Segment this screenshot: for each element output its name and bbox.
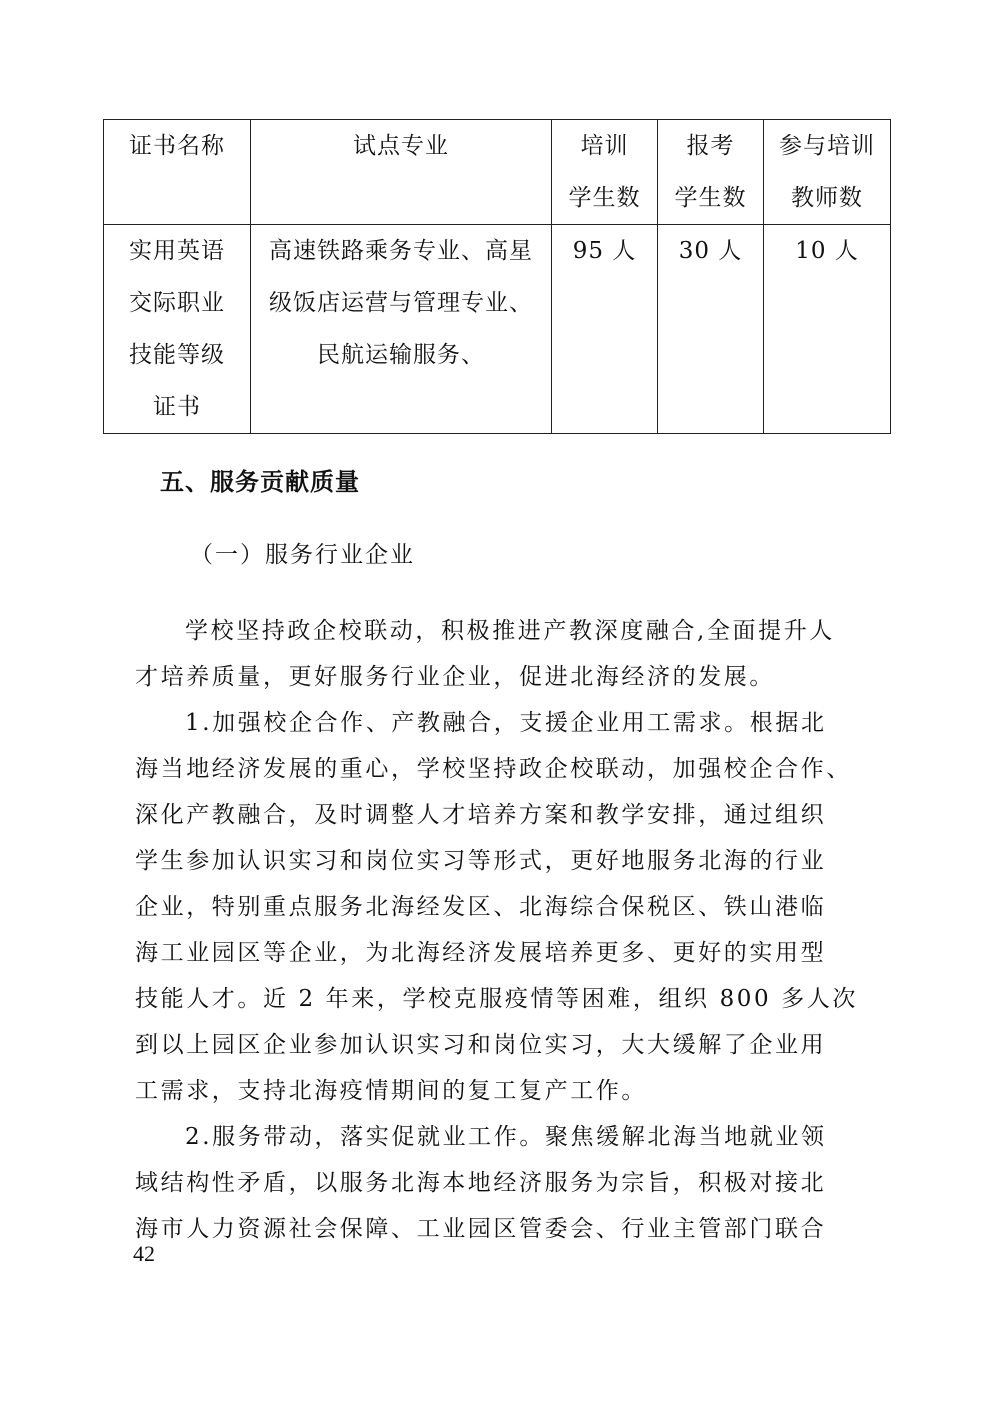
- paragraph-line: 企业，特别重点服务北海经发区、北海综合保税区、铁山港临: [135, 884, 861, 930]
- header-text: 学生数: [556, 172, 653, 224]
- cell-trained-students: 95 人: [552, 225, 658, 434]
- document-page: 证书名称 试点专业 培训 学生数 报考 学生数 参与培训 教师数 实用英语 交际…: [0, 0, 992, 1403]
- header-text: 试点专业: [255, 120, 547, 172]
- paragraph-line: 域结构性矛盾，以服务北海本地经济服务为宗旨，积极对接北: [135, 1160, 861, 1206]
- paragraph-line: 技能人才。近 2 年来，学校克服疫情等困难，组织 800 多人次: [135, 976, 861, 1022]
- paragraph-line: 深化产教融合，及时调整人才培养方案和教学安排，通过组织: [135, 792, 861, 838]
- cell-text: 95 人: [556, 225, 653, 277]
- paragraph-line: 学校坚持政企校联动，积极推进产教深度融合,全面提升人: [135, 608, 861, 654]
- paragraph-line: 1.加强校企合作、产教融合，支援企业用工需求。根据北: [135, 700, 861, 746]
- paragraph-item-1: 1.加强校企合作、产教融合，支援企业用工需求。根据北 海当地经济发展的重心，学校…: [135, 700, 861, 1114]
- page-number: 42: [133, 1241, 155, 1267]
- cell-text: 民航运输服务、: [255, 329, 547, 381]
- cell-text: 10 人: [768, 225, 886, 277]
- paragraph-intro: 学校坚持政企校联动，积极推进产教深度融合,全面提升人 才培养质量，更好服务行业企…: [135, 608, 861, 700]
- paragraph-item-2: 2.服务带动，落实促就业工作。聚焦缓解北海当地就业领 域结构性矛盾，以服务北海本…: [135, 1114, 861, 1252]
- header-text: 参与培训: [768, 120, 886, 172]
- table-row: 实用英语 交际职业 技能等级 证书 高速铁路乘务专业、高星 级饭店运营与管理专业…: [104, 225, 891, 434]
- header-text: 教师数: [768, 172, 886, 224]
- cell-text: 技能等级: [108, 329, 246, 381]
- header-text: 报考: [662, 120, 759, 172]
- paragraph-line: 海当地经济发展的重心，学校坚持政企校联动，加强校企合作、: [135, 746, 861, 792]
- table-header-row: 证书名称 试点专业 培训 学生数 报考 学生数 参与培训 教师数: [104, 120, 891, 225]
- header-trained-teachers: 参与培训 教师数: [764, 120, 891, 225]
- header-certificate-name: 证书名称: [104, 120, 251, 225]
- cell-exam-students: 30 人: [658, 225, 764, 434]
- cell-trained-teachers: 10 人: [764, 225, 891, 434]
- paragraph-line: 才培养质量，更好服务行业企业，促进北海经济的发展。: [135, 654, 861, 700]
- paragraph-line: 海工业园区等企业，为北海经济发展培养更多、更好的实用型: [135, 930, 861, 976]
- paragraph-line: 海市人力资源社会保障、工业园区管委会、行业主管部门联合: [135, 1206, 861, 1252]
- header-pilot-major: 试点专业: [251, 120, 552, 225]
- cell-text: 高速铁路乘务专业、高星: [255, 225, 547, 277]
- cell-text: 交际职业: [108, 277, 246, 329]
- header-text: 证书名称: [108, 120, 246, 172]
- paragraph-line: 工需求，支持北海疫情期间的复工复产工作。: [135, 1068, 861, 1114]
- cell-pilot-majors: 高速铁路乘务专业、高星 级饭店运营与管理专业、 民航运输服务、: [251, 225, 552, 434]
- cell-text: 级饭店运营与管理专业、: [255, 277, 547, 329]
- paragraph-line: 学生参加认识实习和岗位实习等形式，更好地服务北海的行业: [135, 838, 861, 884]
- cell-text: 实用英语: [108, 225, 246, 277]
- cell-text: 证书: [108, 381, 246, 433]
- cell-certificate-name: 实用英语 交际职业 技能等级 证书: [104, 225, 251, 434]
- paragraph-line: 2.服务带动，落实促就业工作。聚焦缓解北海当地就业领: [135, 1114, 861, 1160]
- header-text: 学生数: [662, 172, 759, 224]
- section-heading: 五、服务贡献质量: [160, 462, 360, 497]
- certificate-table: 证书名称 试点专业 培训 学生数 报考 学生数 参与培训 教师数 实用英语 交际…: [103, 119, 891, 434]
- header-exam-students: 报考 学生数: [658, 120, 764, 225]
- subsection-heading: （一）服务行业企业: [190, 536, 415, 569]
- cell-text: 30 人: [662, 225, 759, 277]
- header-text: 培训: [556, 120, 653, 172]
- paragraph-line: 到以上园区企业参加认识实习和岗位实习，大大缓解了企业用: [135, 1022, 861, 1068]
- header-trained-students: 培训 学生数: [552, 120, 658, 225]
